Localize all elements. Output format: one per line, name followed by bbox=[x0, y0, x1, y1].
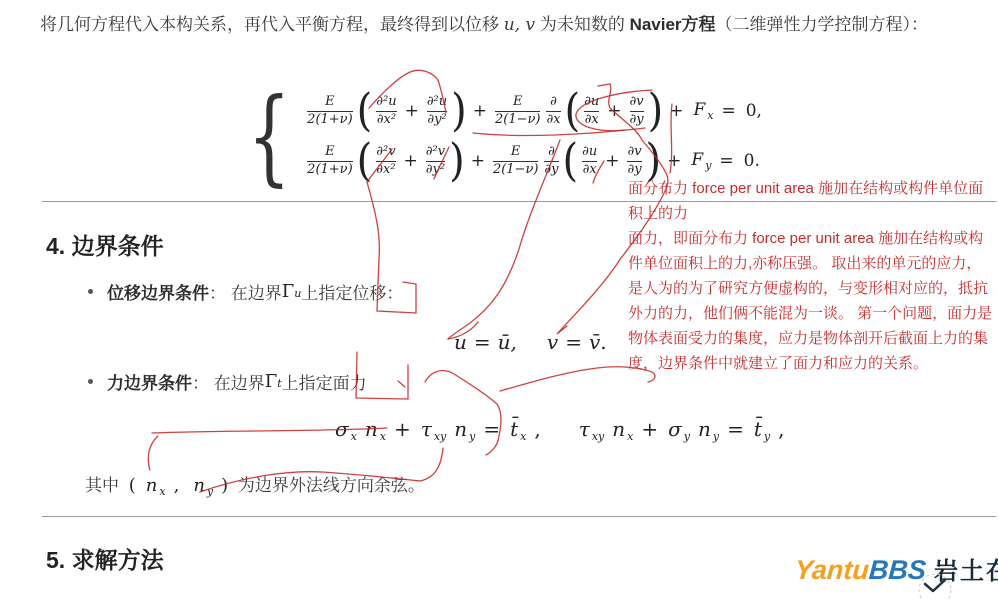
intro-text-1: 将几何方程代入本构关系，再代入平衡方程，最终得到以位移 bbox=[40, 15, 504, 34]
section-heading-4: 4. 边界条件 bbox=[46, 228, 164, 261]
navier-equation-rows: E2(1+ν)(∂²u∂x²+∂²u∂y²)+E2(1−ν)∂∂x(∂u∂x+∂… bbox=[304, 89, 767, 183]
displacement-equation: u=ū,v=v̄. bbox=[452, 330, 609, 354]
bullet2-label: 力边界条件 bbox=[107, 369, 192, 394]
normal-direction-note: 其中 (nx,ny) 为边界外法线方向余弦。 bbox=[85, 471, 425, 498]
bullet1-label: 位移边界条件 bbox=[107, 279, 209, 304]
yantubbs-logo: Yantu BBS 岩土在线 bbox=[795, 551, 998, 586]
intro-uv-variables: u, v bbox=[504, 15, 535, 35]
logo-yantu-wordmark: Yantu bbox=[794, 555, 870, 586]
bullet2-gamma: Γt bbox=[265, 371, 282, 392]
annotation-paragraph-2: 面力，即面分布力 force per unit area 施加在结构或构件单位面… bbox=[628, 226, 994, 376]
section-divider-2 bbox=[42, 516, 996, 517]
logo-chinese-wordmark: 岩土在线 bbox=[934, 551, 998, 586]
section-heading-5: 5. 求解方法 bbox=[46, 542, 164, 575]
intro-paragraph: 将几何方程代入本构关系，再代入平衡方程，最终得到以位移 u, v 为未知数的 N… bbox=[40, 6, 978, 44]
bullet2-post: 上指定面力 bbox=[282, 369, 367, 394]
intro-text-2: 为未知数的 bbox=[535, 15, 629, 34]
bullet-item-displacement: 位移边界条件： 在边界 Γu 上指定位移： bbox=[88, 279, 403, 304]
navier-equation-row-1: E2(1+ν)(∂²u∂x²+∂²u∂y²)+E2(1−ν)∂∂x(∂u∂x+∂… bbox=[304, 89, 767, 133]
bullet1-pre: ： 在边界 bbox=[209, 279, 282, 304]
annotation-paragraph-1: 面分布力 force per unit area 施加在结构或构件单位面积上的力 bbox=[628, 176, 994, 226]
document-page: 将几何方程代入本构关系，再代入平衡方程，最终得到以位移 u, v 为未知数的 N… bbox=[0, 0, 998, 600]
left-brace: { bbox=[248, 84, 291, 188]
bullet1-post: 上指定位移： bbox=[301, 279, 403, 304]
intro-navier-term: Navier方程 bbox=[630, 15, 716, 34]
bullet-dot-icon bbox=[88, 289, 93, 294]
intro-text-3: （二维弹性力学控制方程）： bbox=[716, 15, 929, 34]
note-math: (nx,ny) bbox=[124, 475, 233, 498]
red-annotation-text: 面分布力 force per unit area 施加在结构或构件单位面积上的力… bbox=[628, 176, 994, 376]
note-pre: 其中 bbox=[85, 476, 124, 495]
bullet1-gamma: Γu bbox=[282, 281, 302, 302]
traction-equation: σxnx+τxyny=t̄x,τxynx+σyny=t̄y, bbox=[330, 417, 790, 443]
logo-bbs-wordmark: BBS bbox=[868, 555, 927, 586]
bullet-item-traction: 力边界条件： 在边界 Γt 上指定面力 bbox=[88, 369, 367, 394]
bullet2-pre: ： 在边界 bbox=[192, 369, 265, 394]
bullet-dot-icon bbox=[88, 379, 93, 384]
navier-equation-block: { E2(1+ν)(∂²u∂x²+∂²u∂y²)+E2(1−ν)∂∂x(∂u∂x… bbox=[236, 84, 767, 188]
note-post: 为边界外法线方向余弦。 bbox=[233, 476, 425, 495]
